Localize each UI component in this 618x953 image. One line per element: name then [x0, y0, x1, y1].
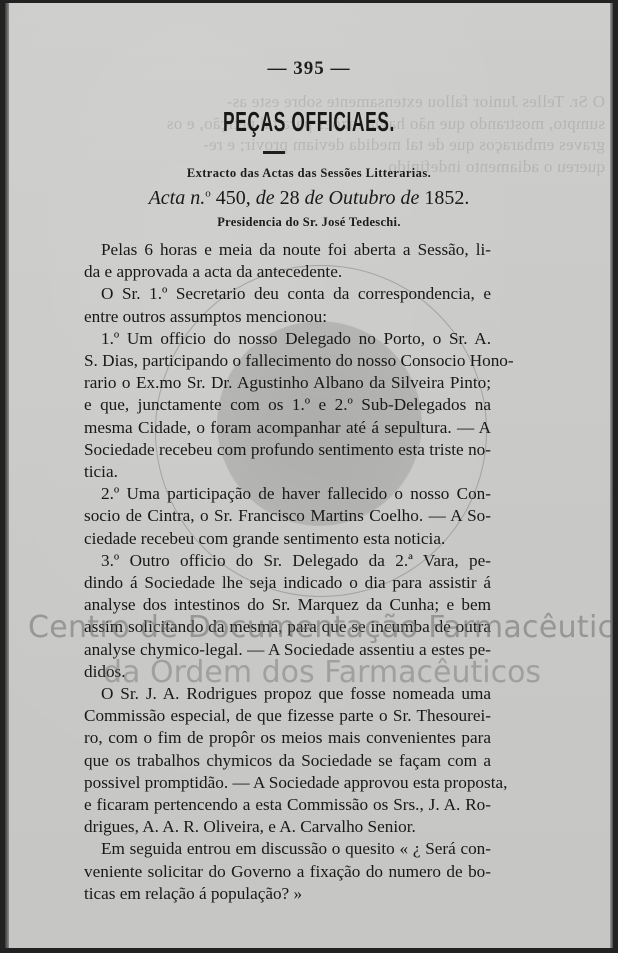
acta-number: 450, — [211, 187, 251, 209]
acta-year: 1852. — [424, 187, 469, 209]
text-line: rario o Ex.mo Sr. Dr. Agustinho Albano d… — [84, 372, 491, 394]
presidency-line: Presidencia do Sr. José Tedeschi. — [5, 215, 613, 230]
page-number: — 395 — — [5, 58, 613, 80]
text-line: 2.º Uma participação de haver fallecido … — [84, 483, 491, 505]
text-line: O Sr. 1.º Secretario deu conta da corres… — [84, 283, 491, 305]
text-line: Sociedade recebeu com profundo sentiment… — [84, 439, 491, 461]
watermark-line-1: Centro de Documentação Farmacêutica — [28, 610, 608, 645]
text-line: socio de Cintra, o Sr. Francisco Martins… — [84, 505, 491, 527]
text-line: possivel promptidão. — A Sociedade appro… — [84, 772, 491, 794]
text-line: Em seguida entrou em discussão o quesito… — [84, 838, 491, 860]
acta-prefix: Acta n. — [149, 187, 206, 209]
page-edge-right — [610, 3, 613, 948]
acta-de-1: de — [251, 187, 280, 209]
text-line: mesma Cidade, o foram acompanhar até á s… — [84, 417, 491, 439]
text-line: drigues, A. A. R. Oliveira, e A. Carvalh… — [84, 816, 491, 838]
acta-heading: Acta n.o 450, de 28 de Outubro de 1852. — [5, 187, 613, 210]
text-line: e que, junctamente com os 1.º e 2.º Sub-… — [84, 394, 491, 416]
title-rule-divider — [263, 151, 285, 154]
text-line: veniente solicitar do Governo a fixação … — [84, 861, 491, 883]
section-title: PEÇAS OFFICIAES. — [121, 106, 498, 138]
acta-month: de Outubro de — [300, 187, 425, 209]
text-line: que os trabalhos chymicos da Sociedade s… — [84, 750, 491, 772]
scan-background: O Sr. Telles Junior fallou extensamente … — [0, 0, 618, 953]
text-line: da e approvada a acta da antecedente. — [84, 261, 491, 283]
text-line: 1.º Um officio do nosso Delegado no Port… — [84, 328, 491, 350]
acta-day: 28 — [280, 187, 300, 209]
text-line: Pelas 6 horas e meia da noute foi aberta… — [84, 239, 491, 261]
section-subtitle: Extracto das Actas das Sessões Litterari… — [5, 166, 613, 181]
text-line: 3.º Outro officio do Sr. Delegado da 2.ª… — [84, 550, 491, 572]
text-line: entre outros assumptos mencionou: — [84, 306, 491, 328]
text-line: ticas em relação á população? » — [84, 883, 491, 905]
minutes-body-text: Pelas 6 horas e meia da noute foi aberta… — [84, 239, 491, 905]
text-line: ticia. — [84, 461, 491, 483]
text-line: ciedade recebeu com grande sentimento es… — [84, 528, 491, 550]
text-line: dindo á Sociedade lhe seja indicado o di… — [84, 572, 491, 594]
text-line: S. Dias, participando o fallecimento do … — [84, 350, 491, 372]
text-line: e ficaram pertencendo a esta Commissão o… — [84, 794, 491, 816]
text-line: ro, com o fim de propôr os meios mais co… — [84, 727, 491, 749]
watermark-line-2: da Ordem dos Farmacêuticos — [103, 655, 573, 690]
text-line: Commissão especial, de que fizesse parte… — [84, 705, 491, 727]
book-page: O Sr. Telles Junior fallou extensamente … — [5, 3, 613, 948]
page-edge-left — [5, 3, 9, 948]
